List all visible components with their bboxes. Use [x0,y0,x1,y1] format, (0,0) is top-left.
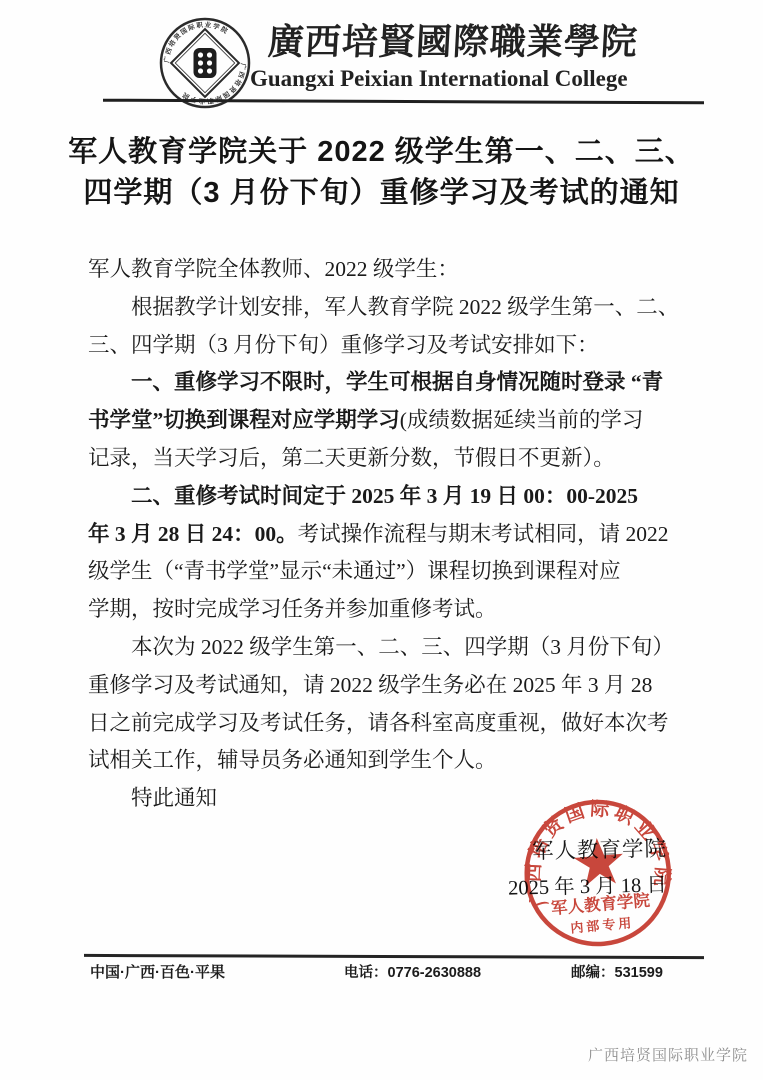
body-line: 书学堂”切换到课程对应学期学习(成绩数据延续当前的学习 [88,402,698,440]
body-text-segment: 三、四学期（3 月份下旬）重修学习及考试安排如下： [88,333,599,357]
body-text-segment: 特此通知 [131,786,217,810]
stamp-star-icon [572,836,625,887]
body-text-segment: 二、重修考试时间定于 2025 年 3 月 19 日 00：00-2025 [131,484,638,508]
body-line: 本次为 2022 级学生第一、二、三、四学期（3 月份下旬） [88,629,698,667]
body-line: 学期，按时完成学习任务并参加重修考试。 [88,591,698,629]
body-text-segment: 试相关工作，辅导员务必通知到学生个人。 [88,748,497,772]
body-text-segment: 本次为 2022 级学生第一、二、三、四学期（3 月份下旬） [131,635,674,659]
body-line: 根据教学计划安排，军人教育学院 2022 级学生第一、二、 [88,289,698,327]
body-text-segment: 考试操作流程与期末考试相同，请 2022 [298,522,669,546]
body-line: 日之前完成学习及考试任务，请各科室高度重视，做好本次考 [88,705,698,743]
official-stamp-icon: 广西培贤国际职业学院 军人教育学院 内部专用 [499,786,697,965]
footer-phone: 电话：0776-2630888 [344,961,481,982]
body-text-segment: 一、重修学习不限时，学生可根据自身情况随时登录 “青 [131,370,663,394]
body-line: 三、四学期（3 月份下旬）重修学习及考试安排如下： [88,327,698,365]
body-text-segment: 军人教育学院全体教师、2022 级学生： [88,257,459,281]
body-line: 年 3 月 28 日 24：00。考试操作流程与期末考试相同，请 2022 [88,516,698,554]
body-text-segment: 根据教学计划安排，军人教育学院 2022 级学生第一、二、 [131,295,679,319]
footer-postal: 邮编：531599 [571,961,663,982]
body-text-segment: 级学生（“青书学堂”显示“未通过”）课程切换到课程对应 [88,559,621,583]
stamp-use-text: 内部专用 [570,915,635,936]
body-text-segment: 年 3 月 28 日 24：00。 [88,522,298,546]
college-seal-icon: 广西培贤国际职业学院 广西培贤国际职业学院 [158,16,252,110]
body-line: 军人教育学院全体教师、2022 级学生： [88,251,698,289]
body-text-segment: 日之前完成学习及考试任务，请各科室高度重视，做好本次考 [88,711,669,735]
body-text-segment: 记录，当天学习后，第二天更新分数，节假日不更新）。 [88,446,615,470]
college-name-cn: 廣西培賢國際職業學院 [267,14,650,65]
body-text-segment: 书学堂”切换到课程对应学期学习 [88,408,400,432]
body-text-segment: 重修学习及考试通知，请 2022 级学生务必在 2025 年 3 月 28 [88,673,652,697]
body-line: 重修学习及考试通知，请 2022 级学生务必在 2025 年 3 月 28 [88,667,698,705]
footer-address: 中国·广西·百色·平果 [90,961,225,982]
body-line: 记录，当天学习后，第二天更新分数，节假日不更新）。 [88,440,698,478]
body-line: 二、重修考试时间定于 2025 年 3 月 19 日 00：00-2025 [88,478,698,516]
body-text-segment: (成绩数据延续当前的学习 [400,408,644,432]
notice-body: 军人教育学院全体教师、2022 级学生：根据教学计划安排，军人教育学院 2022… [88,251,698,818]
college-name-en: Guangxi Peixian International College [250,66,650,92]
notice-title: 军人教育学院关于 2022 级学生第一、二、三、 四学期（3 月份下旬）重修学习… [0,132,763,214]
stamp-unit-text: 军人教育学院 [550,890,651,919]
document-page: 广西培贤国际职业学院 广西培贤国际职业学院 廣西培賢國際職業學院 Guangxi… [0,0,763,1080]
body-line: 试相关工作，辅导员务必通知到学生个人。 [88,742,698,780]
body-line: 级学生（“青书学堂”显示“未通过”）课程切换到课程对应 [88,553,698,591]
body-text-segment: 学期，按时完成学习任务并参加重修考试。 [88,597,497,621]
body-line: 一、重修学习不限时，学生可根据自身情况随时登录 “青 [88,364,698,402]
watermark-text: 广西培贤国际职业学院 [588,1044,748,1065]
